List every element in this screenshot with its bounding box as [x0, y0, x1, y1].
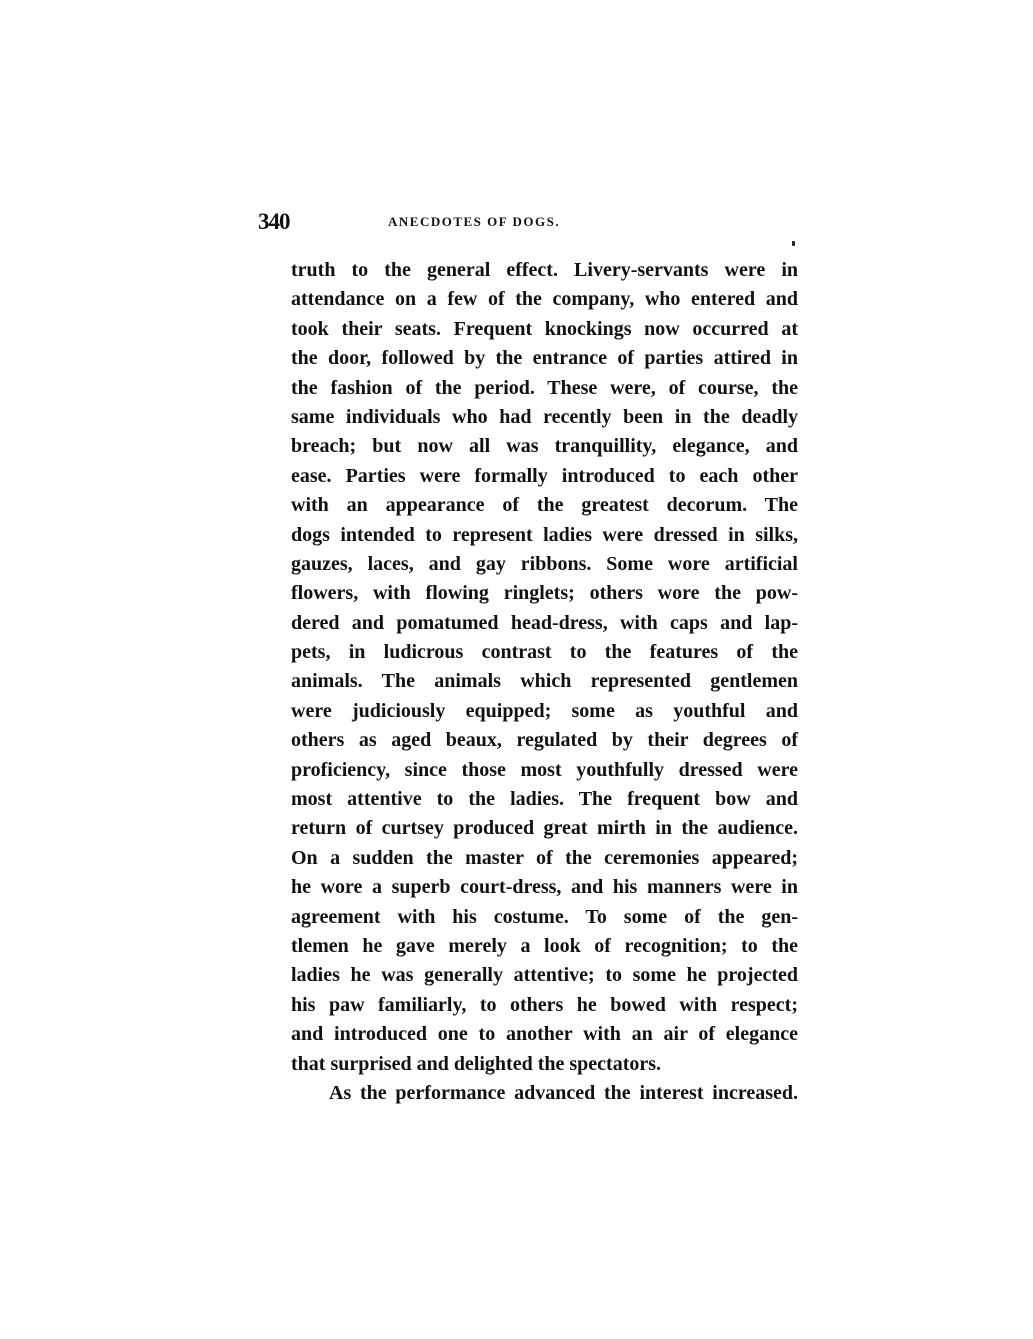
- text-line: the fashion of the period. These were, o…: [291, 374, 798, 403]
- text-line: gauzes, laces, and gay ribbons. Some wor…: [291, 550, 798, 579]
- text-line: attendance on a few of the company, who …: [291, 285, 798, 314]
- text-line: truth to the general effect. Livery-serv…: [291, 256, 798, 285]
- text-line: ease. Parties were formally introduced t…: [291, 462, 798, 491]
- text-line: he wore a superb court-dress, and his ma…: [291, 873, 798, 902]
- text-line: took their seats. Frequent knockings now…: [291, 315, 798, 344]
- print-speck: [792, 241, 795, 246]
- text-line: proficiency, since those most youthfully…: [291, 756, 798, 785]
- book-page: 340 ANECDOTES OF DOGS. truth to the gene…: [0, 0, 1033, 1339]
- text-line: with an appearance of the greatest decor…: [291, 491, 798, 520]
- text-line: his paw familiarly, to others he bowed w…: [291, 991, 798, 1020]
- text-line: same individuals who had recently been i…: [291, 403, 798, 432]
- text-line: the door, followed by the entrance of pa…: [291, 344, 798, 373]
- page-number: 340: [258, 209, 290, 235]
- text-line: dogs intended to represent ladies were d…: [291, 521, 798, 550]
- text-line: were judiciously equipped; some as youth…: [291, 697, 798, 726]
- text-line: tlemen he gave merely a look of recognit…: [291, 932, 798, 961]
- text-line: and introduced one to another with an ai…: [291, 1020, 798, 1049]
- text-line: animals. The animals which represented g…: [291, 667, 798, 696]
- running-head: 340 ANECDOTES OF DOGS.: [258, 209, 798, 239]
- text-line: pets, in ludicrous contrast to the featu…: [291, 638, 798, 667]
- text-line: return of curtsey produced great mirth i…: [291, 814, 798, 843]
- text-line: agreement with his costume. To some of t…: [291, 903, 798, 932]
- text-line: ladies he was generally attentive; to so…: [291, 961, 798, 990]
- text-line: most attentive to the ladies. The freque…: [291, 785, 798, 814]
- text-line: On a sudden the master of the ceremonies…: [291, 844, 798, 873]
- body-text: truth to the general effect. Livery-serv…: [291, 256, 798, 1108]
- text-line: breach; but now all was tranquillity, el…: [291, 432, 798, 461]
- paragraph-start-line: As the performance advanced the interest…: [291, 1079, 798, 1108]
- paragraph-end-line: that surprised and delighted the spectat…: [291, 1050, 798, 1079]
- text-line: flowers, with flowing ringlets; others w…: [291, 579, 798, 608]
- text-line: others as aged beaux, regulated by their…: [291, 726, 798, 755]
- text-line: dered and pomatumed head-dress, with cap…: [291, 609, 798, 638]
- running-title: ANECDOTES OF DOGS.: [388, 214, 560, 230]
